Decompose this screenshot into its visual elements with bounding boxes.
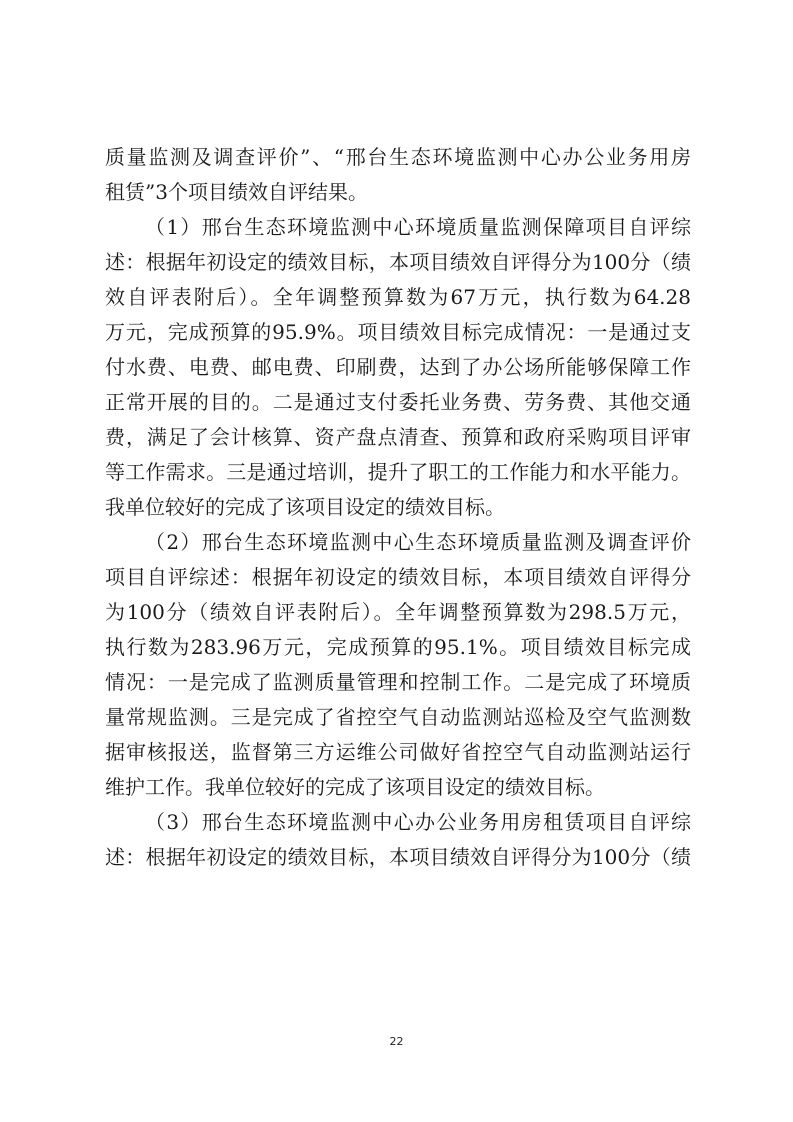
- text-line: 等工作需求。三是通过培训，提升了职工的工作能力和水平能力。: [105, 455, 691, 490]
- text-line: 据审核报送，监督第三方运维公司做好省控空气自动监测站运行: [105, 735, 691, 770]
- text-line: 项目自评综述：根据年初设定的绩效目标，本项目绩效自评得分: [105, 560, 691, 595]
- text-line: 述：根据年初设定的绩效目标，本项目绩效自评得分为100分（绩: [105, 245, 691, 280]
- paragraph-project-1: （1）邢台生态环境监测中心环境质量监测保障项目自评综 述：根据年初设定的绩效目标…: [105, 210, 691, 525]
- text-line: （2）邢台生态环境监测中心生态环境质量监测及调查评价: [105, 525, 691, 560]
- text-line: 费，满足了会计核算、资产盘点清查、预算和政府采购项目评审: [105, 420, 691, 455]
- body-text: 质量监测及调查评价”、“邢台生态环境监测中心办公业务用房 租赁”3个项目绩效自评…: [105, 140, 691, 875]
- text-line: 执行数为283.96万元，完成预算的95.1%。项目绩效目标完成: [105, 630, 691, 665]
- text-line: 质量监测及调查评价”、“邢台生态环境监测中心办公业务用房: [105, 140, 691, 175]
- paragraph-intro-continuation: 质量监测及调查评价”、“邢台生态环境监测中心办公业务用房 租赁”3个项目绩效自评…: [105, 140, 691, 210]
- text-line: 付水费、电费、邮电费、印刷费，达到了办公场所能够保障工作: [105, 350, 691, 385]
- text-line: 正常开展的目的。二是通过支付委托业务费、劳务费、其他交通: [105, 385, 691, 420]
- text-line: 万元，完成预算的95.9%。项目绩效目标完成情况：一是通过支: [105, 315, 691, 350]
- text-line: 维护工作。我单位较好的完成了该项目设定的绩效目标。: [105, 770, 691, 805]
- document-page: 质量监测及调查评价”、“邢台生态环境监测中心办公业务用房 租赁”3个项目绩效自评…: [0, 0, 793, 1122]
- text-line: 我单位较好的完成了该项目设定的绩效目标。: [105, 490, 691, 525]
- text-line: 为100分（绩效自评表附后）。全年调整预算数为298.5万元，: [105, 595, 691, 630]
- text-line: （3）邢台生态环境监测中心办公业务用房租赁项目自评综: [105, 805, 691, 840]
- paragraph-project-2: （2）邢台生态环境监测中心生态环境质量监测及调查评价 项目自评综述：根据年初设定…: [105, 525, 691, 805]
- text-line: 效自评表附后）。全年调整预算数为67万元，执行数为64.28: [105, 280, 691, 315]
- paragraph-project-3: （3）邢台生态环境监测中心办公业务用房租赁项目自评综 述：根据年初设定的绩效目标…: [105, 805, 691, 875]
- text-line: （1）邢台生态环境监测中心环境质量监测保障项目自评综: [105, 210, 691, 245]
- page-number: 22: [0, 1035, 793, 1048]
- text-line: 情况：一是完成了监测质量管理和控制工作。二是完成了环境质: [105, 665, 691, 700]
- text-line: 量常规监测。三是完成了省控空气自动监测站巡检及空气监测数: [105, 700, 691, 735]
- text-line: 租赁”3个项目绩效自评结果。: [105, 175, 691, 210]
- text-line: 述：根据年初设定的绩效目标，本项目绩效自评得分为100分（绩: [105, 840, 691, 875]
